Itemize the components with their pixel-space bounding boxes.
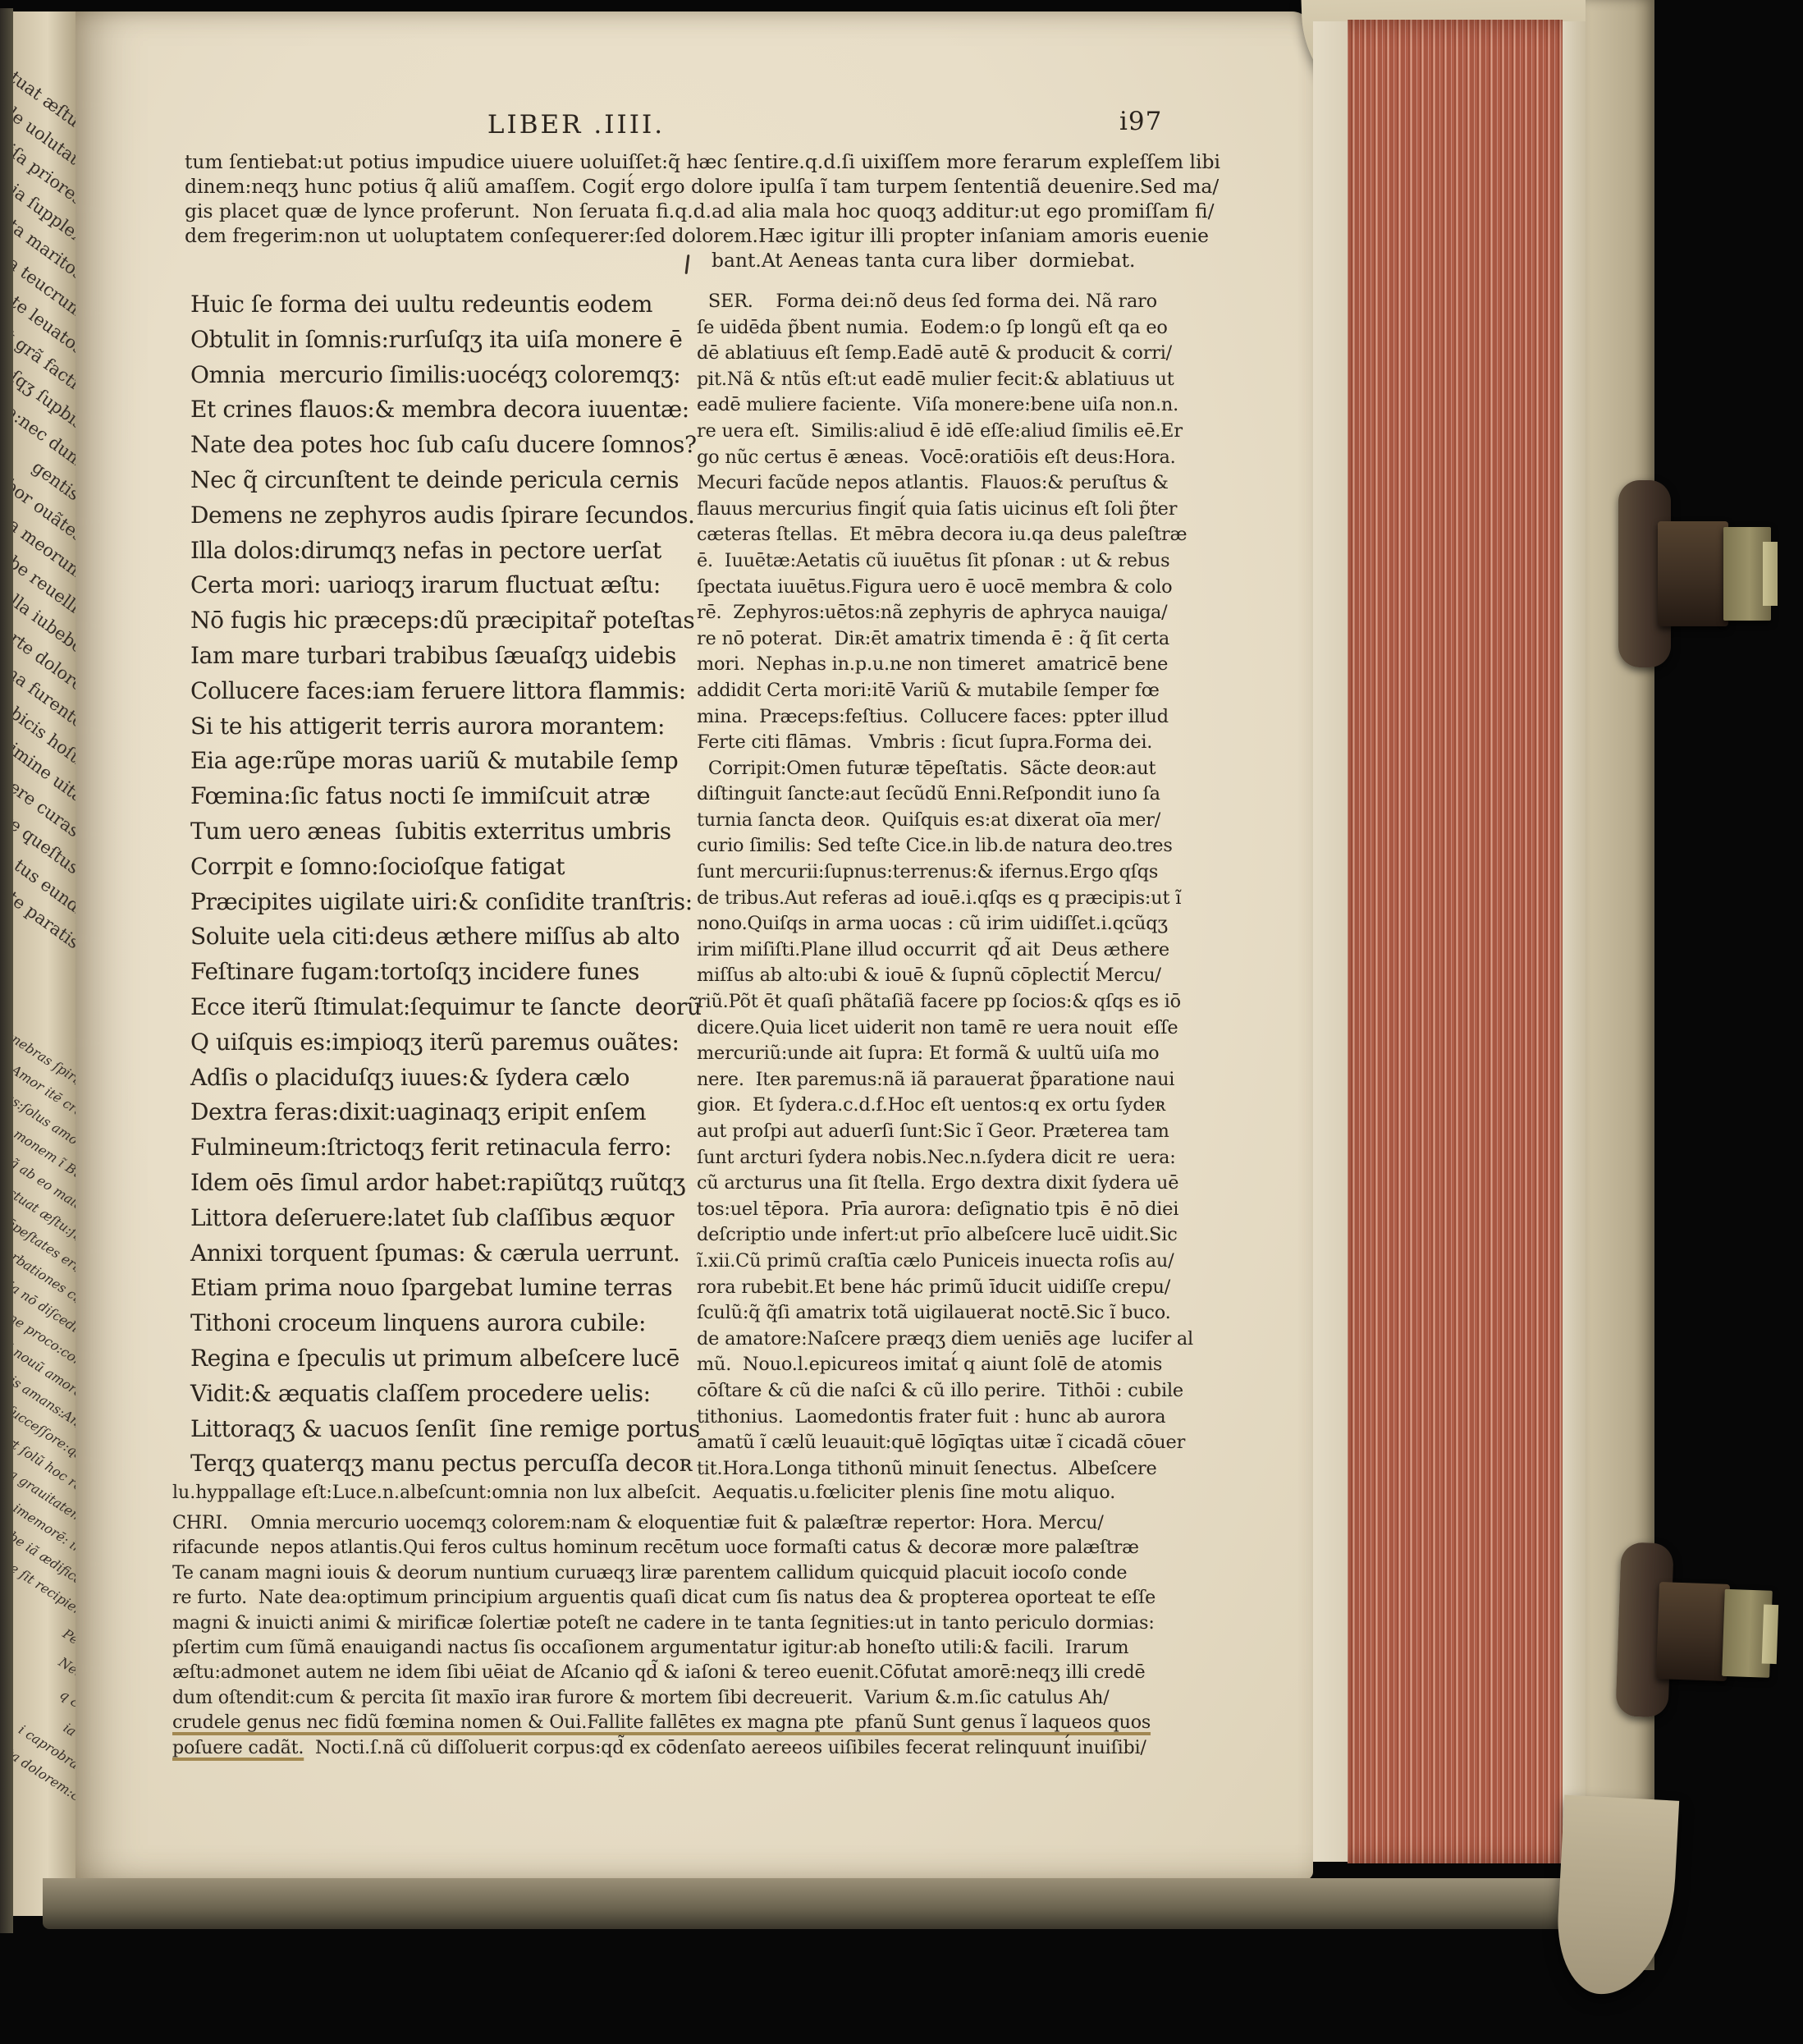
commentary-line: miſſus ab alto:ubi & iouē & ſupnũ cōplec… xyxy=(697,963,1226,989)
commentary-line: tithonius. Laomedontis frater fuit : hun… xyxy=(697,1405,1226,1431)
commentary-line: dum oſtendit:cum & percita ſit maxīo ira… xyxy=(172,1685,1231,1710)
commentary-line: crudele genus nec fidũ fœmina nomen & Ou… xyxy=(172,1710,1231,1735)
commentary-line: mercuriũ:unde ait ſupra: Et formã & uult… xyxy=(697,1041,1226,1067)
commentary-line: re nō poterat. Diʀ:ēt amatrix timenda ē … xyxy=(697,626,1226,653)
commentary-line: nono.Quiſqs in arma uocas : cũ irim uidi… xyxy=(697,911,1226,937)
text-line: tum ſentiebat:ut potius impudice uiuere … xyxy=(185,149,1231,174)
verse-line: Adſis o placiduſqʒ iuues:& ſydera cælo xyxy=(190,1061,706,1096)
commentary-line: gioʀ. Et ſydera.c.d.f.Hoc eſt uentos:q e… xyxy=(697,1093,1226,1119)
commentary-line: Ferte citi flāmas. Vmbris : ſicut ſupra.… xyxy=(697,730,1226,756)
verse-line: Omnia mercurio ſimilis:uocéqʒ coloremqʒ: xyxy=(190,358,706,393)
page: LIBER .IIII. i97 tum ſentiebat:ut potius… xyxy=(76,11,1313,1880)
commentary-line: Te canam magni iouis & deorum nuntium cu… xyxy=(172,1560,1231,1585)
verse-line: Collucere faces:iam feruere littora flam… xyxy=(190,674,706,709)
commentary-line: ſunt arcturi ſydera nobis.Nec.n.ſydera d… xyxy=(697,1145,1226,1171)
text-line: dem fregerim:non ut uoluptatem conſequer… xyxy=(185,223,1231,248)
clasp-leather-strap xyxy=(1656,1582,1730,1682)
book-bottom-edge xyxy=(43,1878,1650,1929)
commentary-line: dē ablatiuus eſt ſemp.Eadē autē & produc… xyxy=(697,341,1226,367)
running-title: LIBER .IIII. xyxy=(404,110,748,140)
verse-line: Fœmina:ſic fatus nocti ſe immiſcuit atræ xyxy=(190,779,706,814)
verse-line: Soluite uela citi:deus æthere miſſus ab … xyxy=(190,919,706,955)
commentary-line: de tribus.Aut referas ad iouē.i.qſqs es … xyxy=(697,886,1226,912)
commentary-line: de amatore:Naſcere præqʒ diem ueniēs age… xyxy=(697,1327,1226,1353)
previous-page-text-fragment: Nec xyxy=(56,1654,76,1682)
commentary-line: CHRI. Omnia mercurio uocemqʒ colorem:nam… xyxy=(172,1510,1231,1535)
verse-line: Dextra feras:dixit:uaginaqʒ eripit enſem xyxy=(190,1095,706,1130)
commentary-line: nere. Iteʀ paremus:nã iã parauerat p̃par… xyxy=(697,1067,1226,1093)
commentary-line: rora rubebit.Et bene hác primũ īducit ui… xyxy=(697,1275,1226,1301)
commentary-line: aut proſpi aut aduerſi ſunt:Sic ĩ Geor. … xyxy=(697,1119,1226,1145)
verse-line: Idem oēs ſimul ardor habet:rapiũtqʒ ruũt… xyxy=(190,1166,706,1201)
verse-line: Obtulit in ſomnis:rurſuſqʒ ita uiſa mone… xyxy=(190,323,706,358)
commentary-line: tit.Hora.Longa tithonũ minuit ſenectus. … xyxy=(697,1456,1226,1483)
commentary-line: deſcriptio unde infert:ut prīo albeſcere… xyxy=(697,1222,1226,1249)
verse-line: Fulmineum:ſtrictoqʒ ferit retinacula fer… xyxy=(190,1130,706,1166)
verse-line: Corrpit e ſomno:ſocioſque fatigat xyxy=(190,850,706,885)
previous-page-text-fragment: Pet xyxy=(60,1625,76,1650)
previous-page-edge: fluctuat æſtu:orde uolutat:irriſa priore… xyxy=(13,11,76,1916)
commentary-line: poſuere cadãt. Nocti.ſ.nã cũ diſſoluerit… xyxy=(172,1735,1231,1760)
verse-line: Huic ſe forma dei uultu redeuntis eodem xyxy=(190,287,706,323)
previous-page-text-fragment: q & xyxy=(57,1686,76,1712)
gloss-line: lu.hyppallage eſt:Luce.n.albeſcunt:omnia… xyxy=(172,1483,1231,1503)
page-edge-white xyxy=(1563,21,1586,1862)
commentary-line: SER. Forma dei:nõ deus ſed forma dei. Nã… xyxy=(697,289,1226,315)
preface-paragraph: tum ſentiebat:ut potius impudice uiuere … xyxy=(185,149,1231,273)
commentary-line: irim miſiſti.Plane illud occurrit qd̃ ai… xyxy=(697,937,1226,964)
commentary-line: cæteras ſtellas. Et mēbra decora iu.qa d… xyxy=(697,522,1226,548)
clasp-metal-tip xyxy=(1763,542,1778,606)
commentary-line: mina. Præceps:feſtius. Collucere faces: … xyxy=(697,704,1226,731)
verse-line: Regina e ſpeculis ut primum albeſcere lu… xyxy=(190,1341,706,1377)
verse-line: Demens ne zephyros audis ſpirare ſecundo… xyxy=(190,498,706,534)
commentary-line: flauus mercurius fingit́ quia ſatis uici… xyxy=(697,497,1226,523)
commentary-line: ſunt mercurii:ſupnus:terrenus:& ifernus.… xyxy=(697,859,1226,886)
commentary-line: turnia ſancta deoʀ. Quiſquis es:at dixer… xyxy=(697,808,1226,834)
verse-line: Certa mori: uarioqʒ irarum fluctuat æſtu… xyxy=(190,568,706,603)
verse-line: Eia age:rũpe moras uariũ & mutabile ſemp xyxy=(190,744,706,779)
text-line: dinem:neqʒ hunc potius q̃ aliũ amaſſem. … xyxy=(185,174,1231,199)
page-number: i97 xyxy=(1119,107,1162,136)
verse-line: Annixi torquent ſpumas: & cærula uerrunt… xyxy=(190,1236,706,1272)
verse-line: Si te his attigerit terris aurora morant… xyxy=(190,709,706,745)
clasp-metal-tip xyxy=(1762,1604,1779,1664)
commentary-line: magni & inuicti animi & mirificæ ſolerti… xyxy=(172,1611,1231,1635)
commentary-line: re furto. Nate dea:optimum principium ar… xyxy=(172,1585,1231,1610)
book-photo: fluctuat æſtu:orde uolutat:irriſa priore… xyxy=(0,0,1803,2044)
verse-line: Tithoni croceum linquens aurora cubile: xyxy=(190,1306,706,1341)
verse-line: Nō fugis hic præceps:dũ præcipitar̃ pote… xyxy=(190,603,706,639)
verse-line: Terqʒ quaterqʒ manu pectus percuſſa deco… xyxy=(190,1446,706,1482)
commentary-line: curio ſimilis: Sed teſte Cice.in lib.de … xyxy=(697,833,1226,859)
commentary-line: amatũ ĩ cælũ leuauit:quē lōgīqtas uitæ ĩ… xyxy=(697,1430,1226,1456)
commentary-line: ſculũ:q̃ q̃ſi amatrix totã uigilauerat n… xyxy=(697,1300,1226,1327)
verse-line: Nec q̃ circunſtent te deinde pericula ce… xyxy=(190,463,706,498)
commentary-line: rē. Zephyros:uētos:nã zephyris de aphryc… xyxy=(697,600,1226,626)
commentary-line: pit.Nã & ntũs eſt:ut eadē mulier fecit:&… xyxy=(697,367,1226,393)
verse-line: Littoraqʒ & uacuos ſenſit ſine remige po… xyxy=(190,1412,706,1447)
verse-line: Littora deſeruere:latet ſub claſſibus æq… xyxy=(190,1201,706,1236)
verse-line: Q uiſquis es:impioqʒ iterũ paremus ouãte… xyxy=(190,1025,706,1061)
commentary-line: cũ arcturus una ſit ſtella. Ergo dextra … xyxy=(697,1171,1226,1197)
commentary-line: ſe uidēda p̃bent numia. Eodem:o ſp longũ… xyxy=(697,315,1226,341)
left-cover-edge xyxy=(0,8,13,1933)
commentary-line: ſpectata iuuētus.Figura uero ē uocē memb… xyxy=(697,575,1226,601)
verse-line: Illa dolos:dirumqʒ nefas in pectore uerſ… xyxy=(190,534,706,569)
commentary-line: ē. Iuuētæ:Aetatis cũ iuuētus ſit pſonaʀ … xyxy=(697,548,1226,575)
verse-line: Feſtinare fugam:tortoſqʒ incidere funes xyxy=(190,955,706,990)
commentary-line: æſtu:admonet autem ne idem ſibi uēiat de… xyxy=(172,1660,1231,1684)
verse-line: Etiam prima nouo ſpargebat lumine terras xyxy=(190,1271,706,1306)
commentary-line: diſtinguit ſancte:aut ſecũdũ Enni.Reſpon… xyxy=(697,781,1226,808)
commentary-column: SER. Forma dei:nõ deus ſed forma dei. Nã… xyxy=(697,289,1226,1482)
verse-line: Tum uero æneas ſubitis exterritus umbris xyxy=(190,814,706,850)
commentary-line: Corripit:Omen futuræ tēpeſtatis. Sãcte d… xyxy=(697,756,1226,782)
verse-column: Huic ſe forma dei uultu redeuntis eodemO… xyxy=(190,287,706,1482)
commentary-line: eadē muliere faciente. Viſa monere:bene … xyxy=(697,392,1226,419)
commentary-line: Mecuri facũde nepos atlantis. Flauos:& p… xyxy=(697,470,1226,497)
page-edge-white xyxy=(1313,21,1348,1862)
commentary-line: re uera eſt. Similis:aliud ē idē eſſe:al… xyxy=(697,419,1226,445)
previous-page-text-fragment: ia i xyxy=(61,1720,76,1744)
verse-line: Iam mare turbari trabibus ſæuaſqʒ uidebi… xyxy=(190,639,706,674)
commentary-line: tos:uel tēpora. Prīa aurora: deſignatio … xyxy=(697,1197,1226,1223)
text-line: gis placet quæ de lynce proferunt. Non ſ… xyxy=(185,199,1231,223)
verse-line: Nate dea potes hoc ſub caſu ducere ſomno… xyxy=(190,428,706,463)
clasp-bottom xyxy=(1615,1542,1793,1721)
commentary-line: pſertim cum ſũmã enauigandi nactus ſis o… xyxy=(172,1635,1231,1660)
commentary-line: dicere.Quia licet uiderit non tamē re ue… xyxy=(697,1015,1226,1042)
clasp-leather-strap xyxy=(1658,521,1728,626)
vellum-cover-corner-bottom xyxy=(1554,1795,1679,1998)
verse-line: Et crines flauos:& membra decora iuuentæ… xyxy=(190,392,706,428)
verse-line: Ecce iterũ ſtimulat:ſequimur te ſancte d… xyxy=(190,990,706,1025)
text-line: bant.At Aeneas tanta cura liber dormieba… xyxy=(185,248,1231,273)
commentary-line: cōſtare & cũ die naſci & cũ illo perire.… xyxy=(697,1378,1226,1405)
commentary-line: mori. Nephas in.p.u.ne non timeret amatr… xyxy=(697,652,1226,678)
commentary-line: rifacunde nepos atlantis.Qui feros cultu… xyxy=(172,1535,1231,1560)
clasp-top xyxy=(1618,480,1782,667)
bottom-commentary: CHRI. Omnia mercurio uocemqʒ colorem:nam… xyxy=(172,1510,1231,1760)
commentary-line: mũ. Nouo.l.epicureos imitat́ q aiunt ſol… xyxy=(697,1352,1226,1378)
commentary-line: addidit Certa mori:itē Variũ & mutabile … xyxy=(697,678,1226,704)
red-fore-edge xyxy=(1348,20,1563,1863)
verse-line: Præcipites uigilate uiri:& conſidite tra… xyxy=(190,885,706,920)
commentary-line: riũ.Põt ēt quaſi phãtaſiã facere pp ſoci… xyxy=(697,989,1226,1015)
commentary-line: ĩ.xii.Cũ primũ craſtīa cælo Puniceis inu… xyxy=(697,1249,1226,1275)
verse-line: Vidit:& æquatis claſſem procedere uelis: xyxy=(190,1377,706,1412)
commentary-line: go nũc certus ē æneas. Vocē:oratiōis eſt… xyxy=(697,445,1226,471)
